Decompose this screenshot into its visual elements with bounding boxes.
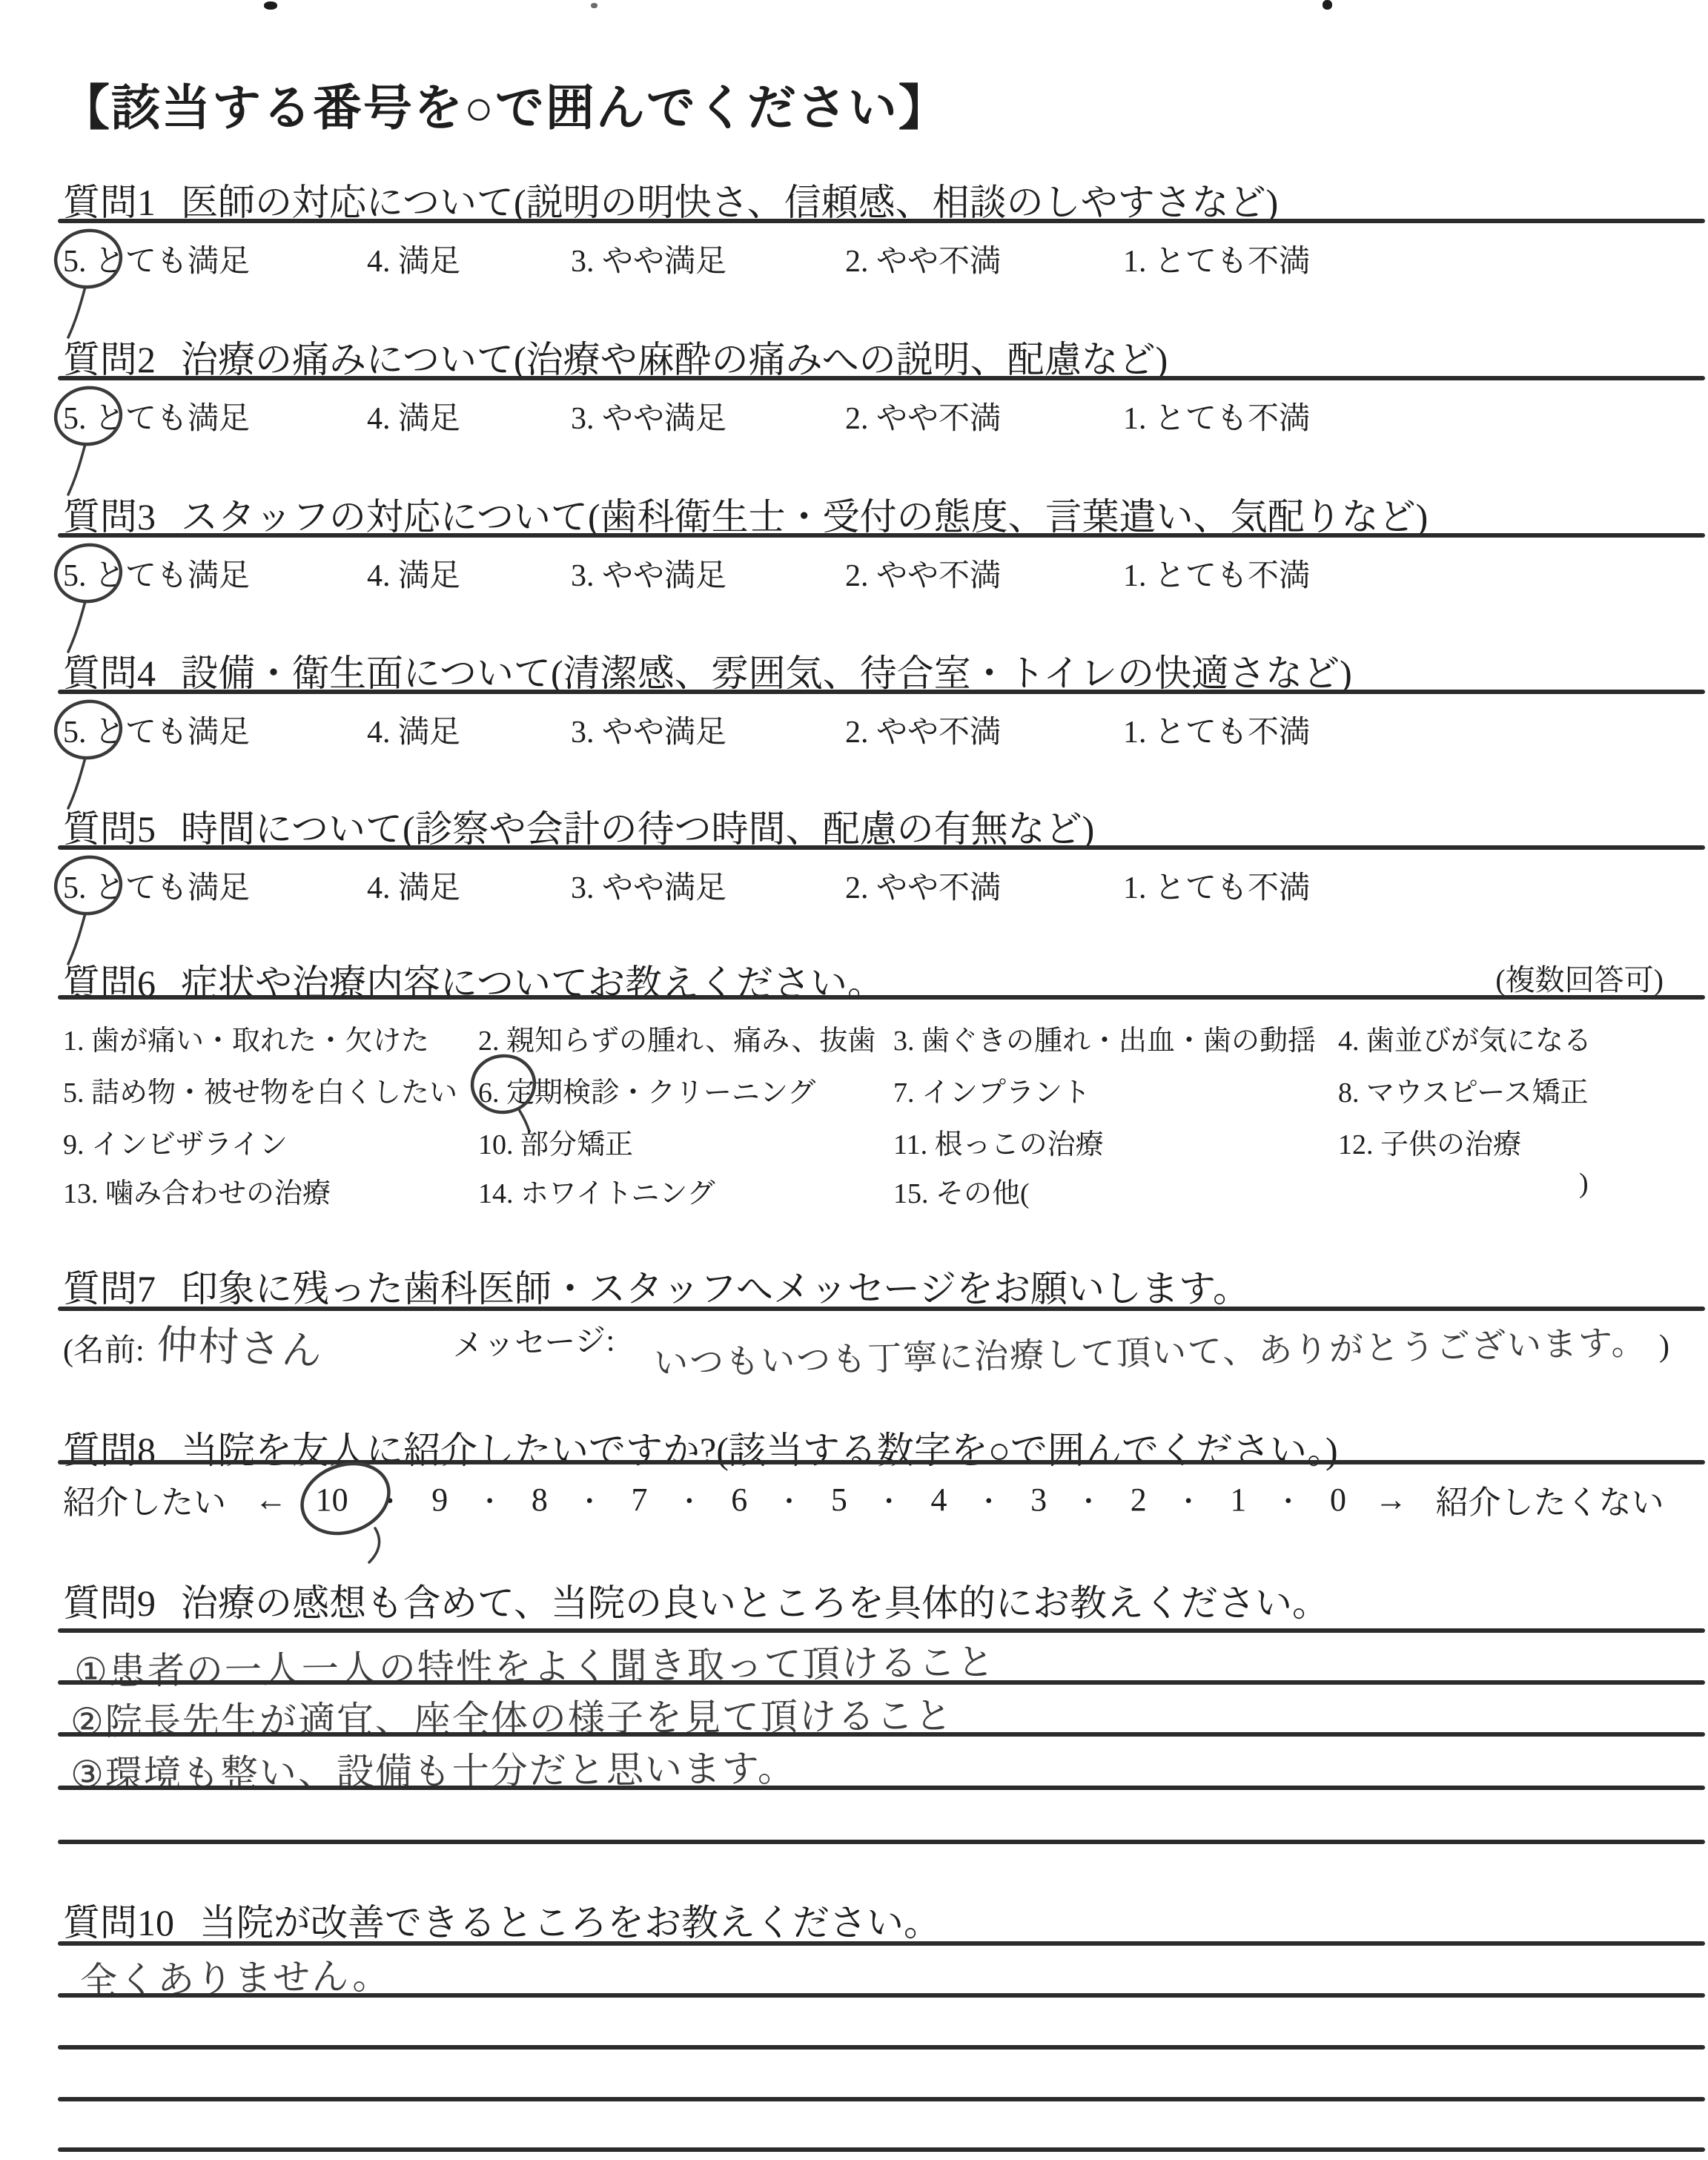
rating-option-1: 1. とても不満	[1123, 707, 1310, 752]
q8-score-4: 4	[930, 1481, 947, 1519]
rating-option-3: 3. やや満足	[571, 551, 726, 595]
left-arrow-icon: ←	[254, 1481, 287, 1519]
rating-option-3: 3. やや満足	[571, 394, 726, 438]
divider-line	[58, 845, 1705, 850]
question-label: 質問3	[63, 496, 156, 538]
question-title: 質問10当院が改善できるところをお教えください。	[63, 1893, 941, 1946]
question-text: 当院が改善できるところをお教えください。	[199, 1902, 941, 1943]
rating-option-4: 4. 満足	[367, 237, 460, 281]
rating-option-5: 5. とても満足	[63, 707, 250, 752]
q6-other-close-paren: )	[1579, 1167, 1589, 1200]
question-label: 質問9	[63, 1582, 156, 1624]
scan-artifact	[1323, 0, 1332, 10]
q8-score-2: 2	[1131, 1481, 1147, 1519]
rating-option-2: 2. やや不満	[845, 863, 1001, 908]
rating-option-2: 2. やや不満	[845, 237, 1001, 281]
q6-option-6: 6. 定期検診・クリーニング	[478, 1069, 815, 1110]
rating-question-block-3: 質問3スタッフの対応について(歯科衛生士・受付の態度、言葉遣い、気配りなど) 5…	[0, 487, 1708, 644]
dot-separator: ・	[477, 1481, 503, 1519]
divider-line	[58, 1628, 1705, 1633]
scan-artifact	[264, 1, 277, 10]
question-label: 質問10	[63, 1902, 174, 1943]
question-text: スタッフの対応について(歯科衛生士・受付の態度、言葉遣い、気配りなど)	[181, 496, 1428, 538]
rating-option-2: 2. やや不満	[845, 394, 1001, 438]
selected-circle-icon	[48, 541, 131, 656]
dot-separator: ・	[976, 1481, 1002, 1519]
question-title: 質問8当院を友人に紹介したいですか?(該当する数字を○で囲んでください。)	[63, 1421, 1338, 1474]
divider-line	[58, 533, 1705, 538]
dot-separator: ・	[776, 1481, 803, 1519]
dot-separator: ・	[875, 1481, 902, 1519]
q8-score-6: 6	[731, 1481, 747, 1519]
answer-line	[58, 2147, 1705, 2152]
scan-artifact	[591, 3, 598, 8]
selected-circle-icon	[48, 226, 131, 342]
question-label: 質問8	[63, 1430, 156, 1471]
question-text: 治療の感想も含めて、当院の良いところを具体的にお教えください。	[181, 1582, 1329, 1624]
rating-question-block-5: 質問5時間について(診察や会計の待つ時間、配慮の有無など) 5. とても満足4.…	[0, 799, 1708, 957]
scanned-survey-page: { "page_title": "【該当する番号を○で囲んでください】", "r…	[0, 0, 1708, 2160]
divider-line	[58, 1460, 1705, 1464]
question-label: 質問4	[63, 653, 156, 694]
question-text: 医師の対応について(説明の明快さ、信頼感、相談のしやすさなど)	[181, 182, 1278, 223]
q8-score-8: 8	[532, 1481, 548, 1519]
rating-options-row: 5. とても満足4. 満足3. やや満足2. やや不満1. とても不満	[63, 237, 1672, 296]
q8-score-10: 10	[316, 1481, 348, 1519]
q6-option-15: 15. その他(	[893, 1170, 1030, 1211]
page-title: 【該当する番号を○で囲んでください】	[61, 68, 949, 139]
q8-score-1: 1	[1230, 1481, 1246, 1519]
selected-circle-icon	[48, 383, 131, 499]
divider-line	[58, 1941, 1705, 1946]
rating-options-row: 5. とても満足4. 満足3. やや満足2. やや不満1. とても不満	[63, 863, 1672, 922]
q6-option-1: 1. 歯が痛い・取れた・欠けた	[63, 1017, 429, 1058]
q6-option-8: 8. マウスピース矯正	[1338, 1069, 1588, 1110]
rating-options-row: 5. とても満足4. 満足3. やや満足2. やや不満1. とても不満	[63, 707, 1672, 767]
q8-recommend-scale-row: 紹介したい←10・9・8・7・6・5・4・3・2・1・0→紹介したくない	[63, 1476, 1664, 1523]
question-title: 質問7印象に残った歯科医師・スタッフへメッセージをお願いします。	[63, 1259, 1250, 1312]
rating-option-1: 1. とても不満	[1123, 394, 1310, 438]
rating-option-5: 5. とても満足	[63, 394, 250, 438]
q6-option-9: 9. インビザライン	[63, 1121, 288, 1162]
answer-line	[58, 1732, 1705, 1737]
divider-line	[58, 1307, 1705, 1311]
q7-close-paren: )	[1659, 1329, 1669, 1364]
q6-option-2: 2. 親知らずの腫れ、痛み、抜歯	[478, 1017, 876, 1058]
question-label: 質問7	[63, 1268, 156, 1309]
q8-score-5: 5	[831, 1481, 847, 1519]
q8-right-label: 紹介したくない	[1436, 1476, 1664, 1523]
dot-separator: ・	[377, 1481, 403, 1519]
answer-line	[58, 1840, 1705, 1844]
dot-separator: ・	[1275, 1481, 1302, 1519]
answer-line	[58, 2045, 1705, 2050]
question-text: 印象に残った歯科医師・スタッフへメッセージをお願いします。	[181, 1268, 1250, 1309]
q6-option-4: 4. 歯並びが気になる	[1338, 1017, 1592, 1058]
q8-score-0: 0	[1330, 1481, 1346, 1519]
q6-option-7: 7. インプラント	[893, 1069, 1090, 1110]
q7-message-value-handwritten: いつもいつも丁寧に治療して頂いて、ありがとうございます。	[653, 1315, 1646, 1385]
dot-separator: ・	[576, 1481, 603, 1519]
rating-options-row: 5. とても満足4. 満足3. やや満足2. やや不満1. とても不満	[63, 551, 1672, 610]
rating-option-5: 5. とても満足	[63, 551, 250, 595]
rating-question-block-2: 質問2治療の痛みについて(治療や麻酔の痛みへの説明、配慮など) 5. とても満足…	[0, 330, 1708, 487]
q6-option-12: 12. 子供の治療	[1338, 1121, 1521, 1162]
selected-circle-icon	[48, 697, 131, 813]
question-text: 設備・衛生面について(清潔感、雰囲気、待合室・トイレの快適さなど)	[181, 653, 1352, 694]
rating-option-3: 3. やや満足	[571, 237, 726, 281]
q8-score-3: 3	[1030, 1481, 1047, 1519]
dot-separator: ・	[1175, 1481, 1202, 1519]
divider-line	[58, 219, 1705, 223]
q6-option-11: 11. 根っこの治療	[893, 1121, 1104, 1162]
rating-option-5: 5. とても満足	[63, 863, 250, 908]
q7-name-label: (名前:	[63, 1326, 145, 1370]
rating-option-4: 4. 満足	[367, 863, 460, 908]
answer-line	[58, 1680, 1705, 1685]
dot-separator: ・	[676, 1481, 703, 1519]
rating-option-3: 3. やや満足	[571, 707, 726, 752]
q8-score-9: 9	[431, 1481, 448, 1519]
rating-option-5: 5. とても満足	[63, 237, 250, 281]
right-arrow-icon: →	[1374, 1481, 1407, 1519]
q7-message-label: メッセージ:	[451, 1315, 615, 1366]
rating-option-1: 1. とても不満	[1123, 237, 1310, 281]
selected-circle-icon	[48, 853, 131, 968]
question-label: 質問2	[63, 339, 156, 380]
rating-option-4: 4. 満足	[367, 394, 460, 438]
rating-option-1: 1. とても不満	[1123, 551, 1310, 595]
rating-question-block-4: 質問4設備・衛生面について(清潔感、雰囲気、待合室・トイレの快適さなど) 5. …	[0, 644, 1708, 801]
rating-options-row: 5. とても満足4. 満足3. やや満足2. やや不満1. とても不満	[63, 394, 1672, 453]
q6-multi-answer-note: (複数回答可)	[1495, 957, 1664, 999]
question-label: 質問5	[63, 808, 156, 850]
question-text: 当院を友人に紹介したいですか?(該当する数字を○で囲んでください。)	[181, 1430, 1338, 1471]
q6-option-5: 5. 詰め物・被せ物を白くしたい	[63, 1069, 457, 1110]
answer-line	[58, 1993, 1705, 1998]
q6-option-3: 3. 歯ぐきの腫れ・出血・歯の動揺	[893, 1017, 1316, 1058]
question-title: 質問9治療の感想も含めて、当院の良いところを具体的にお教えください。	[63, 1573, 1329, 1627]
question-label: 質問1	[63, 182, 156, 223]
divider-line	[58, 690, 1705, 694]
question-text: 時間について(診察や会計の待つ時間、配慮の有無など)	[181, 808, 1094, 850]
divider-line	[58, 376, 1705, 380]
rating-option-3: 3. やや満足	[571, 863, 726, 908]
question-text: 治療の痛みについて(治療や麻酔の痛みへの説明、配慮など)	[181, 339, 1168, 380]
q7-name-value-handwritten: 仲村さん	[156, 1312, 324, 1377]
q8-score-7: 7	[632, 1481, 648, 1519]
rating-option-4: 4. 満足	[367, 707, 460, 752]
answer-line	[58, 1786, 1705, 1790]
q9-answer-2-handwritten: ②院長先生が適宜、座全体の様子を見て頂けること	[70, 1686, 953, 1745]
q6-option-13: 13. 噛み合わせの治療	[63, 1170, 331, 1211]
rating-option-1: 1. とても不満	[1123, 863, 1310, 908]
answer-line	[58, 2097, 1705, 2101]
q6-option-10: 10. 部分矯正	[478, 1121, 633, 1162]
rating-option-2: 2. やや不満	[845, 707, 1001, 752]
rating-option-2: 2. やや不満	[845, 551, 1001, 595]
dot-separator: ・	[1075, 1481, 1102, 1519]
q6-option-14: 14. ホワイトニング	[478, 1170, 715, 1211]
rating-question-block-1: 質問1医師の対応について(説明の明快さ、信頼感、相談のしやすさなど) 5. とて…	[0, 173, 1708, 330]
rating-option-4: 4. 満足	[367, 551, 460, 595]
divider-line	[58, 995, 1705, 1000]
q8-left-label: 紹介したい	[63, 1476, 226, 1523]
